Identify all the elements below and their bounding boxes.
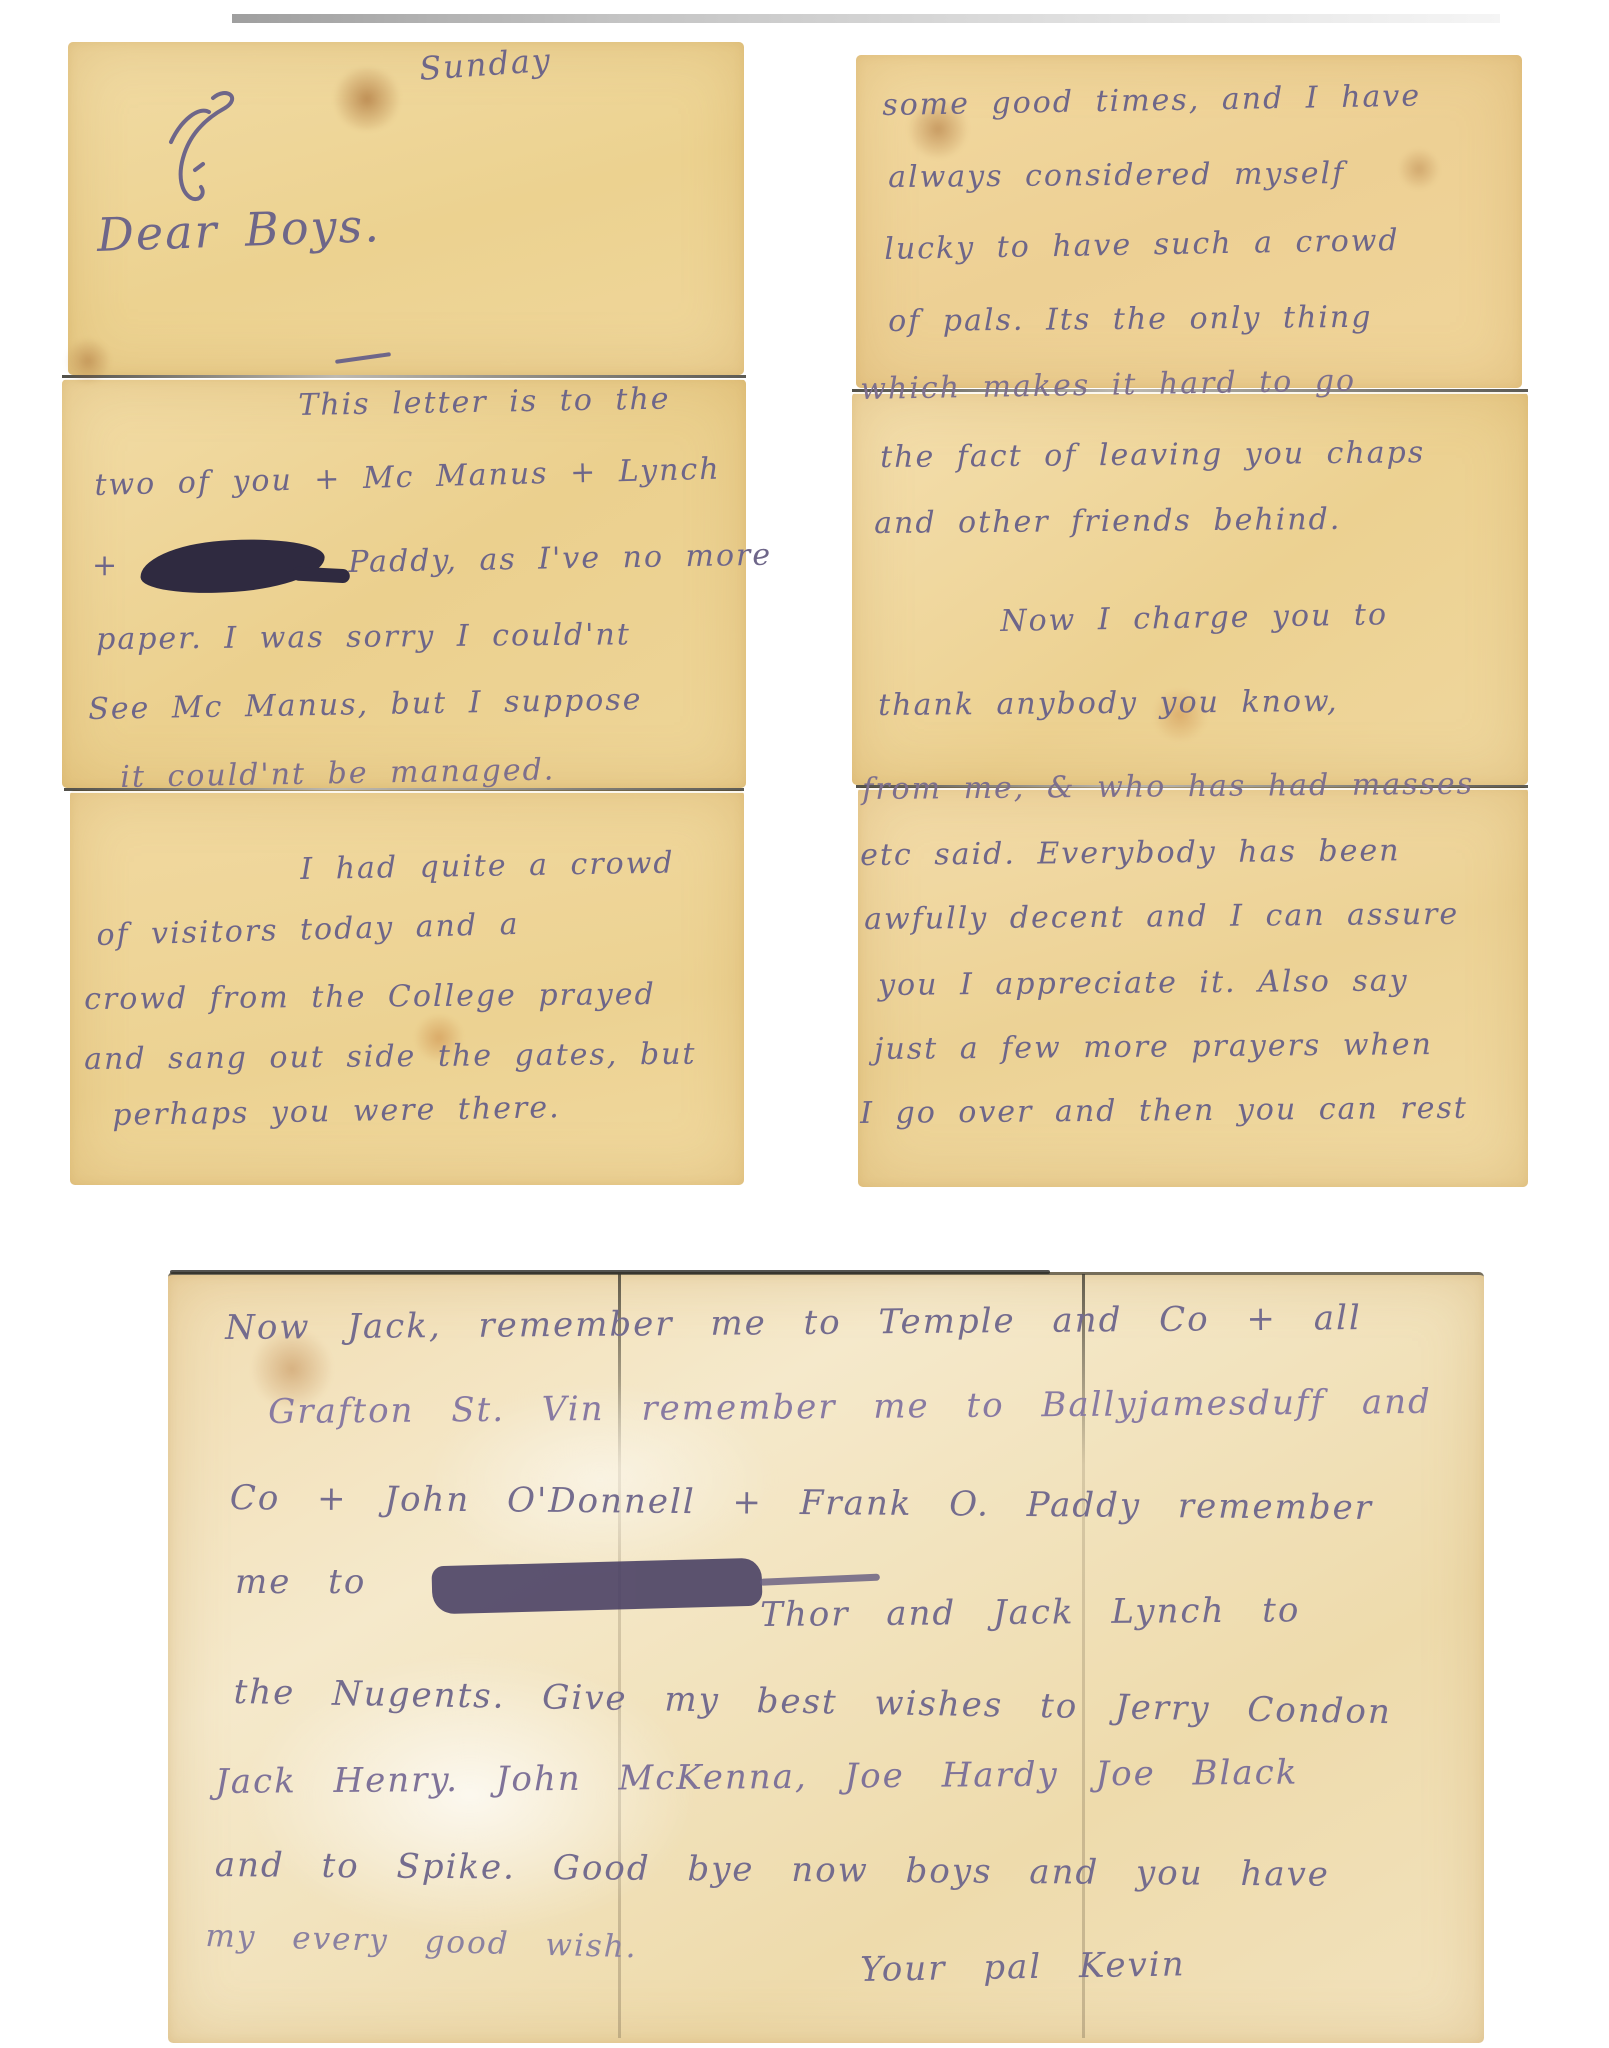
signature-line: Your pal Kevin <box>860 1944 1186 1990</box>
handwritten-line: Paddy, as I've no more <box>348 538 772 580</box>
handwritten-line: paper. I was sorry I could'nt <box>96 617 631 657</box>
handwritten-line: the fact of leaving you chaps <box>880 435 1425 475</box>
scratched-out-name <box>431 1558 762 1615</box>
handwritten-line: I go over and then you can rest <box>860 1091 1468 1131</box>
handwritten-line: always considered myself <box>888 156 1345 195</box>
handwritten-line: etc said. Everybody has been <box>860 833 1401 873</box>
handwritten-line: you I appreciate it. Also say <box>878 963 1409 1003</box>
stain <box>330 68 404 130</box>
handwritten-line: of pals. Its the only thing <box>888 300 1373 339</box>
handwritten-line: + <box>92 548 119 583</box>
scanner-edge-strip <box>232 14 1500 23</box>
handwritten-line: and sang out side the gates, but <box>84 1037 697 1077</box>
stain <box>64 338 112 384</box>
letter-scan: Sunday Dear Boys. This letter is to the … <box>0 0 1609 2048</box>
handwritten-line: from me, & who has had masses <box>862 767 1474 807</box>
salutation: Dear Boys. <box>96 198 382 262</box>
handwritten-line: This letter is to the <box>298 382 671 423</box>
stain <box>1398 148 1440 190</box>
handwritten-line: thank anybody you know, <box>878 684 1339 723</box>
fold-line-h <box>62 375 746 378</box>
handwritten-line: Now I charge you to <box>1000 597 1388 639</box>
handwritten-line: Thor and Jack Lynch to <box>760 1590 1301 1635</box>
ink-scribble <box>135 82 275 202</box>
handwritten-line: me to <box>235 1562 366 1602</box>
handwritten-line: just a few more prayers when <box>874 1027 1433 1067</box>
sheet-top-edge <box>170 1270 1050 1274</box>
handwritten-line: I had quite a crowd <box>300 845 675 887</box>
handwritten-line: awfully decent and I can assure <box>864 897 1459 937</box>
handwritten-line: crowd from the College prayed <box>84 977 656 1017</box>
handwritten-line: and other friends behind. <box>874 502 1341 541</box>
